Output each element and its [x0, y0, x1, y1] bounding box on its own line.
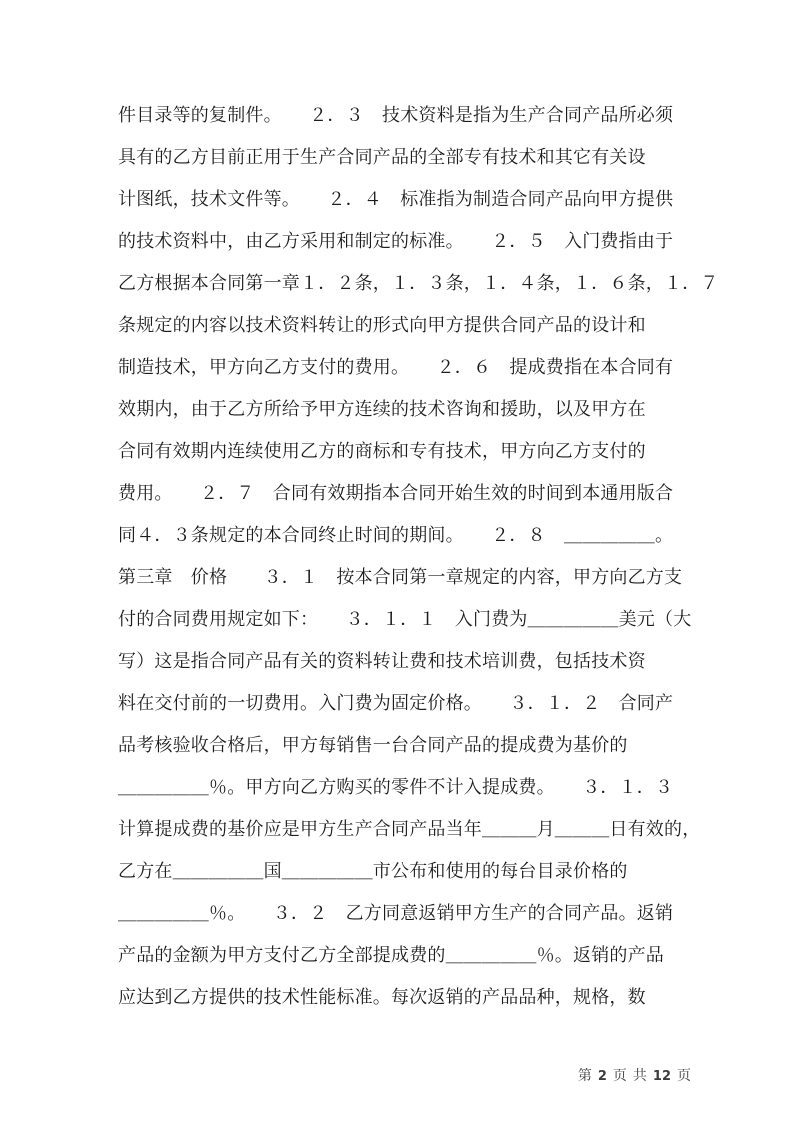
text-line: 计算提成费的基价应是甲方生产合同产品当年＿＿＿月＿＿＿日有效的， — [118, 808, 684, 850]
text-line: 第三章 价格 ３．１ 按本合同第一章规定的内容，甲方向乙方支 — [118, 556, 684, 598]
text-line: 计图纸，技术文件等。 ２．４ 标准指为制造合同产品向甲方提供 — [118, 178, 684, 220]
text-line: 合同有效期内连续使用乙方的商标和专有技术，甲方向乙方支付的 — [118, 430, 684, 472]
text-line: 条规定的内容以技术资料转让的形式向甲方提供合同产品的设计和 — [118, 304, 684, 346]
document-body: 件目录等的复制件。 ２．３ 技术资料是指为生产合同产品所必须 具有的乙方目前正用… — [118, 94, 684, 1018]
text-line: 品考核验收合格后，甲方每销售一台合同产品的提成费为基价的 — [118, 724, 684, 766]
footer-pages-word: 页 — [677, 1069, 691, 1084]
footer-page-prefix: 第 — [578, 1069, 592, 1084]
text-line: 料在交付前的一切费用。入门费为固定价格。 ３．１．２ 合同产 — [118, 682, 684, 724]
text-line: 具有的乙方目前正用于生产合同产品的全部专有技术和其它有关设 — [118, 136, 684, 178]
text-line: 制造技术，甲方向乙方支付的费用。 ２．６ 提成费指在本合同有 — [118, 346, 684, 388]
text-line: 产品的金额为甲方支付乙方全部提成费的＿＿＿＿＿％。返销的产品 — [118, 934, 684, 976]
text-line: 的技术资料中，由乙方采用和制定的标准。 ２．５ 入门费指由于 — [118, 220, 684, 262]
text-line: 费用。 ２．７ 合同有效期指本合同开始生效的时间到本通用版合 — [118, 472, 684, 514]
footer-current-page: 2 — [598, 1069, 607, 1084]
text-line: ＿＿＿＿＿％。 ３．２ 乙方同意返销甲方生产的合同产品。返销 — [118, 892, 684, 934]
text-line: 件目录等的复制件。 ２．３ 技术资料是指为生产合同产品所必须 — [118, 94, 684, 136]
text-line: 付的合同费用规定如下： ３．１．１ 入门费为＿＿＿＿＿美元（大 — [118, 598, 684, 640]
text-line: ＿＿＿＿＿％。甲方向乙方购买的零件不计入提成费。 ３．１．３ — [118, 766, 684, 808]
text-line: 应达到乙方提供的技术性能标准。每次返销的产品品种，规格，数 — [118, 976, 684, 1018]
text-line: 效期内，由于乙方所给予甲方连续的技术咨询和援助，以及甲方在 — [118, 388, 684, 430]
footer-of-word: 共 — [633, 1069, 647, 1084]
text-line: 乙方根据本合同第一章１．２条，１．３条，１．４条，１．６条，１．７ — [118, 262, 684, 304]
document-page: 件目录等的复制件。 ２．３ 技术资料是指为生产合同产品所必须 具有的乙方目前正用… — [0, 0, 800, 1132]
text-line: 乙方在＿＿＿＿＿国＿＿＿＿＿市公布和使用的每台目录价格的 — [118, 850, 684, 892]
footer-total-pages: 12 — [653, 1069, 671, 1084]
page-footer: 第2页共12页 — [561, 1044, 694, 1066]
footer-page-word: 页 — [613, 1069, 627, 1084]
text-line: 写）这是指合同产品有关的资料转让费和技术培训费，包括技术资 — [118, 640, 684, 682]
text-line: 同４．３条规定的本合同终止时间的期间。 ２．８ ＿＿＿＿＿。 — [118, 514, 684, 556]
